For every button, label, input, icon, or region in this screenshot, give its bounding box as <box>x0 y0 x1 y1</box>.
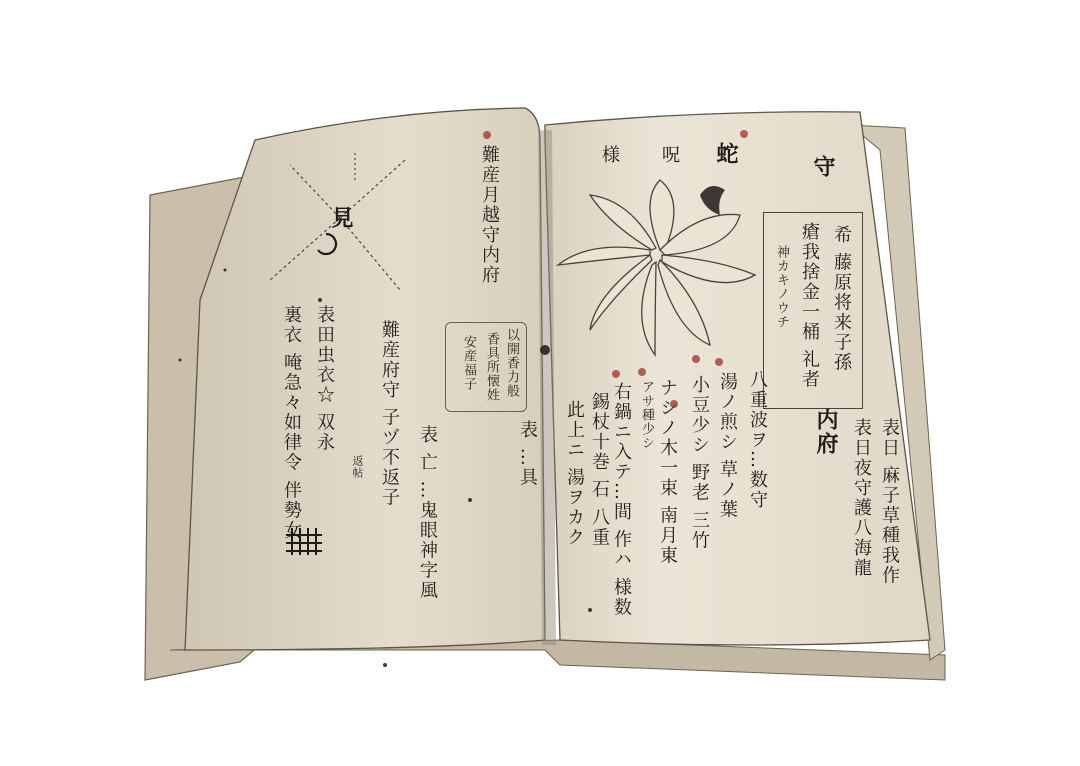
red-seal-dot <box>483 131 491 139</box>
boxed-note-line: 香具所懐姓 <box>485 332 498 402</box>
center-glyph: 見 <box>330 206 352 230</box>
heading-glyph: 蛇 <box>715 142 737 166</box>
red-seal-dot <box>612 370 620 378</box>
text-column: 裏衣 唵急々如律令 伴勢女 <box>282 305 300 540</box>
text-column: 湯ノ煎シ 草ノ葉 <box>718 372 736 520</box>
inscription-line: 神カキノウチ <box>775 245 788 329</box>
text-column: 錫杖十巻 石 八重 <box>590 392 608 547</box>
text-column: アサ種少シ <box>640 380 653 450</box>
red-seal-dot <box>740 130 748 138</box>
text-column: 表田虫衣☆ 双永 <box>315 305 333 453</box>
text-column: ナシノ木一束 南月東 <box>658 378 676 566</box>
red-seal-dot <box>715 358 723 366</box>
boxed-note-line: 以開香力般 <box>505 328 518 398</box>
text-column: 表 …具 <box>518 420 536 488</box>
photo-scene: 見 難産月越守内府 難産府守 子ヅ不返子 返帖 表田虫衣☆ 双永 裏衣 唵急々如… <box>0 0 1080 766</box>
text-column: 右鍋ニ入テ…間 作ハ 様数 <box>612 382 630 617</box>
text-column: 表日 麻子草種我作 <box>880 418 898 586</box>
boxed-note-line: 安産福子 <box>462 335 475 391</box>
manuscript-book-illustration <box>0 0 1080 766</box>
text-column: 八重波ヲ…数守 <box>748 370 766 510</box>
heading-glyph: 様 <box>600 145 618 165</box>
text-column: 難産府守 子ヅ不返子 <box>380 320 398 508</box>
text-column: 表日夜守護八海龍 <box>852 418 870 578</box>
text-column: 内府 <box>815 408 837 456</box>
heading-glyph: 呪 <box>660 145 678 165</box>
inscription-line: 瘡我捨金一桶 礼者 <box>800 222 818 390</box>
text-column: 此上ニ 湯ヲカク <box>565 400 583 548</box>
text-column: 返帖 <box>352 455 363 479</box>
text-column: 小豆少シ 野老 三竹 <box>690 375 708 550</box>
red-seal-dot <box>692 355 700 363</box>
text-column: 表 亡 …鬼眼神字風 <box>418 425 436 600</box>
text-column: 難産月越守内府 <box>480 145 498 285</box>
heading-glyph: 守 <box>812 155 834 179</box>
red-seal-dot <box>638 368 646 376</box>
inscription-line: 希 藤原将来子孫 <box>832 225 850 373</box>
